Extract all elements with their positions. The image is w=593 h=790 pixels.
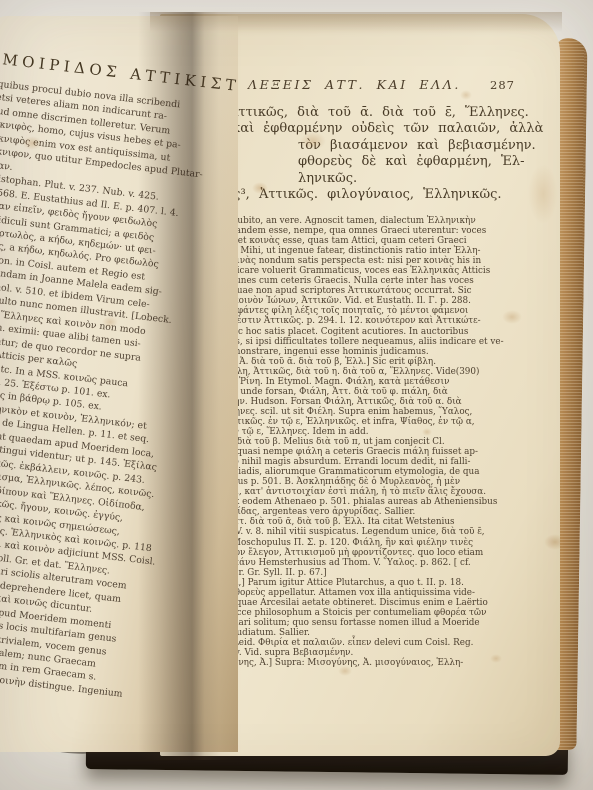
footnote-block: tales! sed dubito, an vere. Agnoscit tam… <box>186 216 558 668</box>
footnote-line: Sisyphus φθορεὺς appellatur. Attamen vox… <box>186 588 558 598</box>
footnote-line: Quid si Φιάλη, Ἀττικῶς, διὰ τοῦ η. διὰ τ… <box>186 367 558 377</box>
footnote-line: in v. Θοίνη, Ῥίνη. In Etymol. Magn. Φιάλ… <box>186 377 558 387</box>
left-page: ΜΟΙΡΙΔΟΣ ΑΤΤΙΚΙΣΤΟΥ quibus procul dubio … <box>0 16 238 752</box>
footnote-line: νέων appellari solitum; quo sensu fortas… <box>186 618 558 628</box>
footnote-line: emendandis, si ipsi difficultates toller… <box>186 337 558 347</box>
footnote-line: vocibus indicare voluerit Grammaticus, v… <box>186 266 558 276</box>
footnote-line: voce Ὧδε, κοινὸν Ἰώνων, Ἀττικῶν. Vid. et… <box>186 296 558 306</box>
footnote-line: et κοινὴν eandem esse, nempe, qua omnes … <box>186 226 558 236</box>
page-number: 287 <box>490 78 515 92</box>
footnote-line: pellata; quo nihil magis absurdum. Erran… <box>186 457 558 467</box>
page-header-title: ΛΕΞΕΙΣ ΑΤΤ. ΚΑΙ ΕΛΛ. <box>248 77 461 92</box>
main-text-line: ληνικῶς. <box>298 171 552 187</box>
footnote-line: adhiberent. Mihi, ut ingenue fatear, dis… <box>186 246 558 256</box>
footnote-line: νικὰς et κοινὰς nondum satis perspecta e… <box>186 256 558 266</box>
footnote-line: Hudsonus: quasi nempe φιάλη a ceteris Gr… <box>186 447 558 457</box>
footnote-line: ἐν τῷ α, Ἀττικῶς. ἐν τῷ ε, Ἑλληνικῶς. et… <box>186 417 558 427</box>
left-page-text-block: quibus procul dubio nova illa scribendie… <box>0 78 238 708</box>
footnote-line: 1. Φιάλη, Ἀ. διὰ τοῦ ᾱ. διὰ τοῦ β, Ἑλλ.]… <box>186 357 558 367</box>
footnote-line: φιάλη, φησὶ, κατ' ἀντιστοιχίαν ἐστὶ πιάλ… <box>186 487 558 497</box>
main-text-line: φθορεὺς δὲ καὶ ἐφθαρμένη, Ἑλ- <box>298 154 552 170</box>
footnote-line: Ἑλληνικὰς et κοινὰς esse, quas tam Attic… <box>186 236 558 246</box>
footnote-line: τοῦ π, Ἑλλην. Hudson. Forsan Φιάλη, Ἀττι… <box>186 397 558 407</box>
footnote-line: l. 16. τὸ δὲ φάντες φίλη λέξις τοῖς ποιη… <box>186 306 558 316</box>
book-photo: ΛΕΞΕΙΣ ΑΤΤ. ΚΑΙ ΕΛΛ. 287 Φιάλη¹, Ἀττικῶς… <box>0 0 593 790</box>
footnote-line: esse communes cum ceteris Graecis. Nulla… <box>186 276 558 286</box>
footnote-line: ad Apocal. V. v. 8. nihil vitii suspicat… <box>186 527 558 537</box>
footnote-line: sic Athenaeus p. 501. B. Ἀσκληπιάδης δὲ … <box>186 477 558 487</box>
footnote-line: reperitur, quae non apud scriptores Ἀττι… <box>186 286 558 296</box>
footnote-line: τῶν παλαιῶν ἔλεγον, Ἀττικισμοῦ μὴ φροντί… <box>186 548 558 558</box>
footnote-line: 2. Φθορία,] Parum igitur Attice Plutarch… <box>186 578 558 588</box>
footnote-line: coll. Gronov. Vid. supra Βεβιασμένην. <box>186 648 558 658</box>
footnote-line: non est repudiatum. Sallier. <box>186 628 558 638</box>
footnote-line: τοῦ π εἰς φ. unde forsan, Φιάλη, Ἀττ. δι… <box>186 387 558 397</box>
footnote-line: p. 126. huncce philosophum a Stoicis per… <box>186 608 558 618</box>
footnote-line: Φιάλη — διὰ τοῦ β. Melius διὰ τοῦ π, ut … <box>186 437 558 447</box>
footnote-line: Lucianus ex eodem Athenaeo p. 501. phial… <box>186 497 558 507</box>
footnote-line: Ἕλληνες. Moschopulus Π. Σ. p. 120. Φιάλη… <box>186 538 558 548</box>
main-text-line: τὸν βιασάμενον καὶ βεβιασμένην. <box>298 138 552 154</box>
footnote-line: 3. Φιλογύνης, Ἀ.] Supra: Μισογύνης, Ἀ. μ… <box>186 658 558 668</box>
footnote-line: Osann. Inscr. Gr. Syll. II. p. 67.] <box>186 568 558 578</box>
footnote-line: dictas χρυσίδας, argenteas vero ἀργυρίδα… <box>186 507 558 517</box>
footnote-line: ρον. Sed nec hoc satis placet. Cogitent … <box>186 327 558 337</box>
footnote-line: τοῦ ε, Ἕλληνες. scil. ut sit Φιέλη. Supr… <box>186 407 558 417</box>
footnote-line: tur, utpote quae Arcesilai aetate obtine… <box>186 598 558 608</box>
footnote-line: luti digito monstrare, ingenui esse homi… <box>186 347 558 357</box>
footnote-line: tales! sed dubito, an vere. Agnoscit tam… <box>186 216 558 226</box>
footnote-line: Ἀττικῶς. ἐν τῷ ε, Ἕλληνες. Idem in add. <box>186 427 558 437</box>
footnote-line: mur, Asclepiadis, aliorumque Grammaticor… <box>186 467 558 477</box>
footnote-line: usus est ὁ πάνυ Hemsterhusius ad Thom. V… <box>186 558 558 568</box>
footnote-line: καὶ κοινόν ἐστιν Ἀττικῶς. p. 294. l. 12.… <box>186 316 558 326</box>
footnote-line: Φιάλη, Ἀττ. διὰ τοῦ ᾱ, διὰ τοῦ β. Ἑλλ. I… <box>186 517 558 527</box>
left-page-content: ΜΟΙΡΙΔΟΣ ΑΤΤΙΚΙΣΤΟΥ quibus procul dubio … <box>0 46 238 708</box>
footnote-line: Φθορία. Leid. Φθιρία et παλαιῶν. εἶπεν d… <box>186 638 558 648</box>
